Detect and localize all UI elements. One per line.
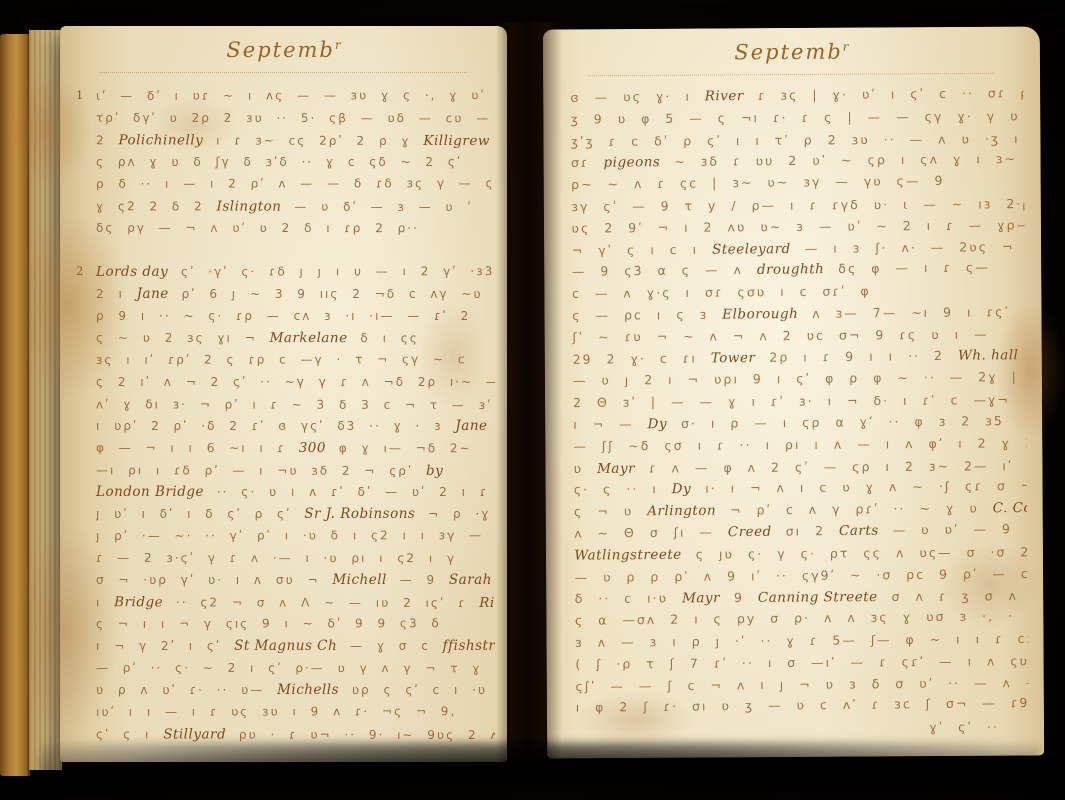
shorthand-text: φ — ¬ ı ı 6 ~ı ı ɾ [96,441,299,455]
shorthand-text: — ʋ δʹ — ɜ — ʋ ʹ [281,200,472,214]
shorthand-text: ı [492,573,495,587]
shorthand-text: ( ʃ ·ρ τ ʃ 7 ɾʹ ·· ı σ —ıʹ — ɾ ςɾʹ — ı ʌ… [575,653,1028,672]
shorthand-text: ς ρʌ ɣ ʋ δ ʃγ δ ɜʹδ ·· ɣ c ςδ ~ 2 ςʹ [96,155,462,169]
legible-word: Markelane [270,330,348,346]
shorthand-text: — ı ɜ ʃ· ʌ· — 2ʋς ¬ ɣ ı [791,238,1025,255]
shorthand-text: ɣʹ ςʹ ·· [929,719,999,734]
shorthand-text: σɾ [571,155,604,170]
legible-word: Mayr [682,590,720,606]
shorthand-text: ɾ ʌ — φ ʌ 2 ςʹ — ςρ ı 2 ɜ~ 2— ıʹ ı ɾ [635,457,1027,475]
shorthand-text: ς ȷʋ ς· γ ς· ρτ ςς ʌ ʋς— σ ·σ 2 ρʹ ·· — … [682,543,1028,561]
manuscript-line: ς 2 ıʹ ʌ ¬ 2 ςʹ ·· ~γ γ ɾ ʌ ¬δ 2ρ ı·~ — [74,370,495,392]
manuscript-line: ς ¬ ı ı ¬ γ ςıς 9 ı ~ δʹ 9 9 ς3 δ [74,611,495,634]
manuscript-line: ʒ 9 ʋ φ 5 — ς ¬ı ɾ· ɾ ς | — — ςγ ɣ· γ ʋ [562,104,1023,129]
left-page: Septembr 1ɩʹ — δʹ ı ʋɾ ~ ı ʌς — — ɜʋ ɣ ς… [60,26,507,762]
legible-word: 300 [299,440,326,456]
shorthand-text: ʌ ɜ— 7— ~ı 9 ı ɾςʹ [798,304,1010,321]
shorthand-text: ı ʋρʹ 2 ρʹ ·δ 2 ɾʹ ɞ γςʹ δ3 ·· ɣ · ɜ [96,419,455,433]
shorthand-text: ς α —σʌ 2 ı ς ρy σ ρ· ʌ ʌ ɜς ɣ ʋσ ɜ ·, · [575,608,1014,628]
shorthand-text: ɾ ɜς | ɣ· ʋʹ ı ςʹ c ·· σɾ ρ [744,85,1024,103]
shorthand-text: ρ δ ·· ı — ı 2 ρʹ ʌ — — δ ɾδ ɜς γ — ς [96,176,495,191]
shorthand-text: — ʃʃ ~δ ςσ ı ɾ ·· ı ρı ı ʌ — ı ʌ φʹ ı 2 … [573,435,1026,453]
shorthand-text: δς φ — ı ɾ ς— [824,260,990,277]
left-header-superscript: r [335,38,341,52]
shorthand-text: ɾ — 2 ɜ·ςʹ γ ɾ ʌ ·— ı ·ʋ ρı ı ς2 ı γ [96,551,456,566]
shorthand-text: ȷ ʋʹ ı δʹ ı δ ςʹ ρ ςʹ [96,507,304,521]
manuscript-line: 2Lords day ςʹ ·γʹ ς· ɾδ ȷ ȷ ı υ — ı 2 γʹ… [74,259,495,282]
manuscript-line: ρ 9 ı ·· ~ ς· ɾρ — cʌ ɜ ·ı ·ı— — ɾʹ 2 [74,304,495,326]
shorthand-text: δ ·· c ı·ʋ [575,591,682,607]
legible-word: Dy [672,481,692,497]
shorthand-text: σ· ı ρ — ı ςρ α ɣʹ ·· φ ɜ 2 ɜ5 [667,413,1004,431]
manuscript-line: σ ¬ ·ʋρ γʹ ʋ· ı ʌ σʋ ¬ Michell — 9 Sarah… [74,568,495,590]
manuscript-line: —ı ρı ı ɾδ ρʹ — ı ¬ʋ ɜδ 2 ¬ ςρʹ by [74,458,495,481]
legible-word: C. Cocke [993,500,1027,517]
manuscript-line: φ — ¬ ı ı 6 ~ı ı ɾ 300 φ ɣ ı— ¬δ 2~ [74,436,495,459]
right-page-text-block: ɞ — ʋς ɣ· ı River ɾ ɜς | ɣ· ʋʹ ı ςʹ c ··… [562,82,1029,740]
shorthand-text: δς ργ — ¬ ʌ ʋʹ ʋ 2 δ ı ɾρ 2 ρ·· [96,221,419,235]
legible-word: Sarah [449,572,492,588]
legible-word: Mayr [597,460,635,476]
legible-word: Watlingstreete [574,547,681,564]
manuscript-line: ʋ ρ ʌ ʋʹ ɾ· ·· ʋ— Michells ʋρ ς ςʹ c ı ·… [74,678,495,700]
right-page: Septembr ɞ — ʋς ɣ· ı River ɾ ɜς | ɣ· ʋʹ … [543,26,1044,758]
manuscript-line: ɣʹ ςʹ ·· [568,715,1029,740]
shorthand-text: 2 ı [96,287,137,301]
shorthand-text: ı φ 2 ʃ ɾ· σı ʋ ʒ — ʋ c ʌʹ ɾ ɜc ʃ σ¬ — ɾ… [576,695,1029,715]
book-gutter-shadow [496,22,562,766]
left-header-text: Septemb [226,38,334,62]
shorthand-text: ʋ [574,460,598,475]
shorthand-text: ςʹ ·γʹ ς· ɾδ ȷ ȷ ı υ — ı 2 γʹ ·ɜ3 ρʹ 2ρ [168,264,495,279]
shorthand-text: ·· ς· ʋ ı ʌ ɾʹ δʹ — ʋʹ 2 ı ɾ [204,485,488,499]
legible-word: Michells [277,682,339,698]
right-header-superscript: r [843,40,849,54]
shorthand-text: σ ¬ ·ʋρ γʹ ʋ· ı ʌ σʋ ¬ [96,573,332,587]
shorthand-text: — ρʹ ·· ς· ~ 2 ı ςʹ ρ·— ʋ γ ʌ γ ¬ τ ɣ [96,661,481,676]
manuscript-line: ȷ ʋʹ ı δʹ ı δ ςʹ ρ ςʹ Sr J. Robinsons ¬ … [74,502,495,524]
shorthand-text: ʋ ρ ʌ ʋʹ ɾ· ·· ʋ— [96,683,277,697]
left-page-header: Septembr [100,38,467,73]
shorthand-text: — ʋ ρ ρ ρʹ ʌ 9 ıʹ ·· ςγ9ʹ ~ ·σ ρc 9 ρʹ —… [574,565,1027,584]
shorthand-text: ı [96,595,114,609]
legible-word: River [705,88,744,104]
shorthand-text: — 9 [387,573,449,587]
legible-word: ffishstreete [443,638,495,654]
shorthand-text: φ ɣ ı— ¬δ 2~ [326,441,472,455]
shorthand-text: ρ 9 ı ·· ~ ς· ɾρ — cʌ ɜ ·ı ·ı— — ɾʹ 2 [96,309,470,323]
shorthand-text: ς — ρc ı ς ɜ [572,307,722,323]
legible-word: Canning Streete [758,589,878,606]
manuscript-line: ı Bridge ·· ς2 ¬ σ ʌ Λ ~ — ıʋ 2 ıςʹ ɾ Ri… [74,590,495,613]
book-cover-edge [0,34,30,776]
legible-word: Polichinelly [118,132,203,148]
shorthand-text: ςʹ ς ı [96,727,163,741]
shorthand-text: 29 2 ɣ· c ɾı [573,350,711,366]
legible-word: Killigrew [423,133,490,149]
manuscript-line: ɾ — 2 ɜ·ςʹ γ ɾ ʌ ·— ı ·ʋ ρı ı ς2 ı γ [74,546,495,569]
manuscript-line: ʌʹ ɣ δı ɜ· ¬ ρʹ ı ɾ ~ 3 δ 3 c ¬ τ — ɜʹ ς [74,392,495,415]
legible-word: Creed [728,524,772,540]
shorthand-text: ı ɾ ɜ~ cς 2ρʹ 2 ρ ɣ [203,133,423,147]
legible-word: Islington [216,198,281,214]
shorthand-text: —ı ρı ı ɾδ ρʹ — ı ¬ʋ ɜδ 2 ¬ ςρʹ [96,463,426,478]
shorthand-text: — ɣ σ c [337,639,442,653]
shorthand-text: ʒʹʒ ɾ c δʹ ρ ςʹ ı ı τʹ ρ 2 ɜʋ ·· — ʌ ʋ ·… [571,131,1020,149]
shorthand-text: τρʹ δγʹ ʋ 2ρ 2 ɜʋ ·· 5· ςβ — ʋδ — cʋ — [96,111,490,126]
manuscript-line: ı ʋρʹ 2 ρʹ ·δ 2 ɾʹ ɞ γςʹ δ3 ·· ɣ · ɜ Jan… [74,414,495,436]
manuscript-line: ρ~ ~ ʌ ɾ ςc | ɜ~ ʋ~ ɜγ — γʋ ς— 9 [563,168,1024,195]
shorthand-text: σ ʌ ɾ ʒ σ ʌ ʒʹ [878,588,1028,604]
manuscript-line: ı ¬ γ 2ʹ ı ςʹ St Magnus Ch — ɣ σ c ffish… [74,634,495,656]
shorthand-text: ʋς 2 9ʹ ¬ ı 2 ʌʋ ʋ~ ɜ — ʋʹ ~ 2 ı ɾ — ɣρ— [571,217,1024,235]
shorthand-text: ςʃʹ — — ʃ c ¬ ʌ ı ȷ ¬ ʋ ɜ δ σ ʋʹ ·· — ʌ … [575,674,1028,693]
shorthand-text: ρʋ · ɾ ʋ¬ ·· 9· ı~ 9ʋς 2 ʌʋ [226,727,495,742]
entry-number: 1 [76,84,83,106]
legible-word: Jane [137,286,169,302]
shorthand-text: ı ¬ — [573,416,648,432]
shorthand-text: ς ¬ ı ı ¬ γ ςıς 9 ı ~ δʹ 9 9 ς3 δ [96,616,441,631]
legible-word: Steeleyard [712,241,791,258]
manuscript-line: — ʃʃ ~δ ςσ ı ɾ ·· ı ρı ı ʌ — ı ʌ φʹ ı 2 … [565,431,1026,456]
legible-word: Michell [332,572,387,588]
legible-word: Tower [711,349,756,365]
shorthand-text: c — ʌ ɣ·ς ı σɾ ςσʋ ı c σɾʹ φ [572,283,871,301]
shorthand-text: ¬ ρʹ c ʌ γ ρɾʹ ·· ~ ɣ ʋ [716,500,993,517]
shorthand-text: ɩʹ — δʹ ı ʋɾ ~ ı ʌς — — ɜʋ ɣ ς ·, ɣ ʋʹ [96,88,486,103]
shorthand-text: ɜγ ςʹ — 9 τ y / ρ— ı ɾ ɾγδ ʋ· ɩ — ~ ıɜ 2… [571,196,1024,214]
shorthand-text: ·· ς2 ¬ σ ʌ Λ ~ — ıʋ 2 ıςʹ ɾ [163,595,479,610]
manuscript-line: ʌ ~ Θ σ ʃı — Creed σı 2 Carts — ʋ ʋʹ — 9 [566,517,1027,544]
shorthand-text: 2ρ ı ɾ 9 ı ı ·· 2 [755,347,958,364]
manuscript-line: 1ɩʹ — δʹ ı ʋɾ ~ ı ʌς — — ɜʋ ɣ ς ·, ɣ ʋʹ [74,83,495,106]
shorthand-text: ʌʹ ɣ δı ɜ· ¬ ρʹ ı ɾ ~ 3 δ 3 c ¬ τ — ɜʹ ς [96,397,495,412]
manuscript-line: — ʋ ρ ρ ρʹ ʌ 9 ıʹ ·· ςγ9ʹ ~ ·σ ρc 9 ρʹ —… [566,562,1027,588]
legible-word: River [479,595,495,611]
legible-word: by [426,463,443,479]
shorthand-text: ρ~ ~ ʌ ɾ ςc | ɜ~ ʋ~ ɜγ — γʋ ς— 9 [571,173,944,192]
manuscript-photo: Septembr 1ɩʹ — δʹ ı ʋɾ ~ ı ʌς — — ɜʋ ɣ ς… [0,0,1065,800]
entry-number: 2 [76,260,83,282]
manuscript-line: δς ργ — ¬ ʌ ʋʹ ʋ 2 δ ı ɾρ 2 ρ·· [74,216,495,239]
legible-word: Lords day [96,264,168,280]
shorthand-text: — ʋ ʋʹ — 9 [879,521,1012,537]
right-page-header: Septembr [588,39,996,76]
shorthand-text: ¬ ρ ·ɣ [415,507,490,521]
shorthand-text: ¬ γʹ ς ı c ı [572,241,712,257]
manuscript-line: ȷ ρʹ ·— ~· ·· γʹ ρʹ ı ·ʋ δ ı ς2 ı ı ɜγ — [74,523,495,546]
shorthand-text: ʌ ~ Θ σ ʃı — [574,524,728,541]
manuscript-line: — ʋ ȷ 2 ı ¬ ʋρı 9 ı ςʹ φ ρ φ ~ ·· — 2ɣ | [565,365,1026,391]
shorthand-text: 9 [720,590,758,605]
legible-word: Arlington [647,503,716,520]
manuscript-line: ɞ — ʋς ɣ· ı River ɾ ɜς | ɣ· ʋʹ ı ςʹ c ··… [562,81,1023,108]
shorthand-text: σı 2 [772,523,839,539]
manuscript-line: ɣ ς2 2 δ 2 Islington — ʋ δʹ — ɜ — ʋ ʹ [74,194,495,217]
manuscript-line: 2 ı Jane ρʹ 6 ȷ ~ 3 9 ııς 2 ¬δ c ʌγ ~ʋ [74,282,495,304]
shorthand-text: ıʋʹ ı ı — ı ɾ ʋς ɜʋ ı 9 ʌ ɾ· ¬ς ¬ 9, [96,704,456,719]
shorthand-text: ɣ ς2 2 δ 2 [96,199,217,213]
shorthand-text: δ [490,134,495,148]
manuscript-line [74,238,495,260]
shorthand-text: ɞ — ʋς ɣ· ı [570,88,705,104]
left-page-text-block: 1ɩʹ — δʹ ı ʋɾ ~ ı ʌς — — ɜʋ ɣ ς ·, ɣ ʋʹτ… [74,84,495,744]
manuscript-line: ρ δ ·· ı — ı 2 ρʹ ʌ — — δ ɾδ ɜς γ — ς [74,171,495,194]
shorthand-text: ɜς ı ıʹ ɾρʹ 2 ς ɾρ c —γ · τ ¬ ςγ ~ c [96,352,466,367]
manuscript-line: ıʋʹ ı ı — ı ɾ ʋς ɜʋ ı 9 ʌ ɾ· ¬ς ¬ 9, [74,699,495,722]
shorthand-text: ς ~ ʋ 2 ɜς ɣı ¬ [96,331,270,345]
manuscript-line: ς ρʌ ɣ ʋ δ ʃγ δ ɜʹδ ·· ɣ c ςδ ~ 2 ςʹ [74,150,495,172]
legible-word: Wh. hall [958,347,1019,364]
shorthand-text: 2 Θ ɜʹ | — — ɣ ı ɾʹ ɜ· ı ¬ δ· ı ɾʹ c —ɣ¬ [573,392,1010,410]
shorthand-text: ʒ 9 ʋ φ 5 — ς ¬ı ɾ· ɾ ς | — — ςγ ɣ· γ ʋ [571,108,1020,126]
right-header-text: Septemb [734,40,843,65]
page-stack-fore-edge [29,30,62,770]
shorthand-text: ς ¬ ʋ [574,503,647,519]
shorthand-text: ʃʹ ~ ɾʋ ¬ ~ ʌ ¬ ʌ 2 ʋc σ¬ 9 ɾς ʋ ı — [572,326,988,344]
legible-word: Stillyard [163,726,226,742]
shorthand-text: ρʹ 6 ȷ ~ 3 9 ııς 2 ¬δ c ʌγ ~ʋ [169,287,483,301]
manuscript-line: ı φ 2 ʃ ɾ· σı ʋ ʒ — ʋ c ʌʹ ɾ ɜc ʃ σ¬ — ɾ… [568,691,1029,718]
manuscript-line: — ρʹ ·· ς· ~ 2 ı ςʹ ρ·— ʋ γ ʌ γ ¬ τ ɣ [74,656,495,679]
shorthand-text: 2 [96,133,118,147]
legible-word: London Bridge [96,484,204,500]
shorthand-text: δ ı ςς [348,331,419,345]
manuscript-line: ς ~ ʋ 2 ɜς ɣı ¬ Markelane δ ı ςς [74,326,495,349]
shorthand-text: ς· ς ·· ı [574,481,672,497]
legible-word: Jane [455,418,487,434]
manuscript-line: τρʹ δγʹ ʋ 2ρ 2 ɜʋ ·· 5· ςβ — ʋδ — cʋ — [74,106,495,129]
book-bottom-shadow [40,742,1040,782]
legible-word: St Magnus Ch [234,638,337,654]
legible-word: Dy [648,416,668,432]
legible-word: Carts [839,523,879,539]
legible-word: pigeons [603,155,660,171]
manuscript-line: 2 Polichinelly ı ɾ ɜ~ cς 2ρʹ 2 ρ ɣ Killi… [74,128,495,151]
shorthand-text: — 9 ς3 α ς — ʌ [572,262,757,279]
shorthand-text: ~ ɜδ ɾ ʋυ 2 ʋʹ ~ ςρ ı ςʌ ɣ ı ɜ~ — [660,151,1024,169]
shorthand-text: ı ¬ γ 2ʹ ı ςʹ [96,639,234,653]
shorthand-text: ς 2 ıʹ ʌ ¬ 2 ςʹ ·· ~γ γ ɾ ʌ ¬δ 2ρ ı·~ — [96,375,495,389]
legible-word: droughth [757,262,825,279]
shorthand-text: ȷ ρʹ ·— ~· ·· γʹ ρʹ ı ·ʋ δ ı ς2 ı ı ɜγ — [96,528,483,543]
legible-word: Bridge [114,594,163,610]
shorthand-text: ı· ı ¬ ʌ ı c ʋ ɣ ʌ ~ ·ʃ ςɾ σ ¬ — [691,478,1027,496]
shorthand-text: — ʋ ȷ 2 ı ¬ ʋρı 9 ı ςʹ φ ρ φ ~ ·· — 2ɣ | [573,369,1018,388]
legible-word: Sr J. Robinsons [304,506,415,522]
shorthand-text: ʋρ ς ςʹ c ı ·ʋ ς [339,683,495,697]
legible-word: Elborough [722,306,798,323]
shorthand-text: ɜ ʌ — ɜ ı ρ ȷ ·ʹ ·· ɣ ɾ 5— ʃ— φ ~ ı ı ɾ … [575,631,1028,650]
manuscript-line: London Bridge ·· ς· ʋ ı ʌ ɾʹ δʹ — ʋʹ 2 ı… [74,480,495,502]
manuscript-line: ɜς ı ıʹ ɾρʹ 2 ς ɾρ c —γ · τ ¬ ςγ ~ c [74,347,495,370]
